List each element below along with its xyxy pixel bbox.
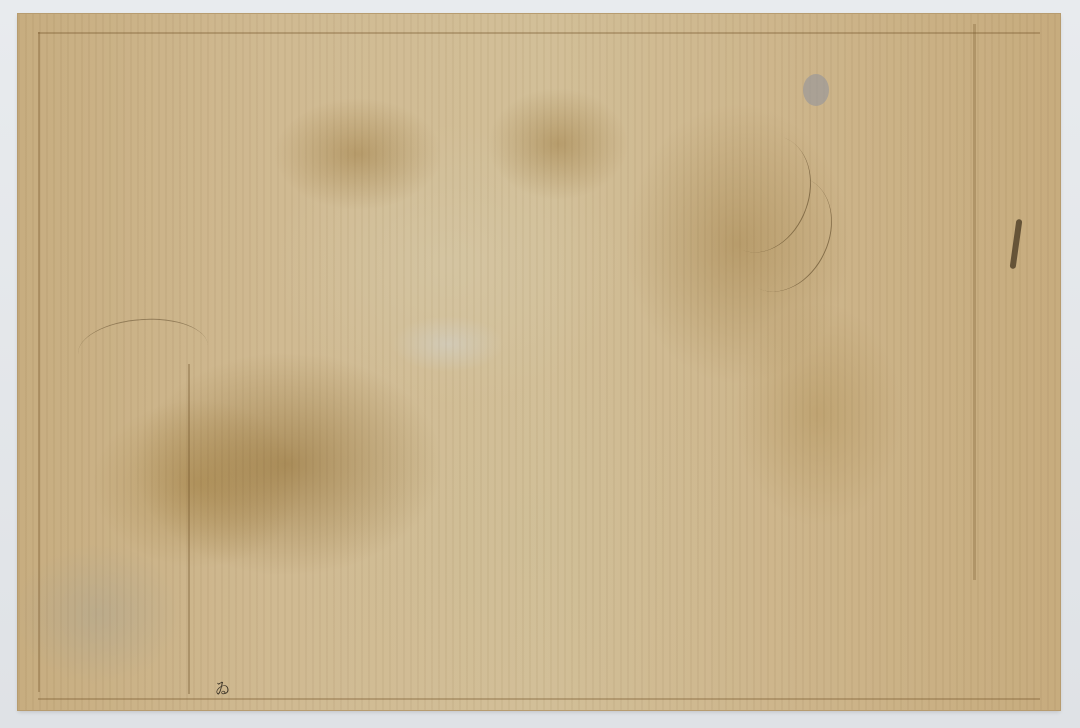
- gray-stain-spot: [803, 74, 829, 106]
- paper-sheet: ゐ: [18, 14, 1060, 710]
- print-border-left: [38, 32, 40, 692]
- print-border-top: [38, 32, 1040, 34]
- print-border-right: [973, 24, 976, 580]
- pencil-mark: ゐ: [212, 675, 231, 700]
- show-through-line: [188, 364, 190, 694]
- print-border-bottom: [38, 698, 1040, 700]
